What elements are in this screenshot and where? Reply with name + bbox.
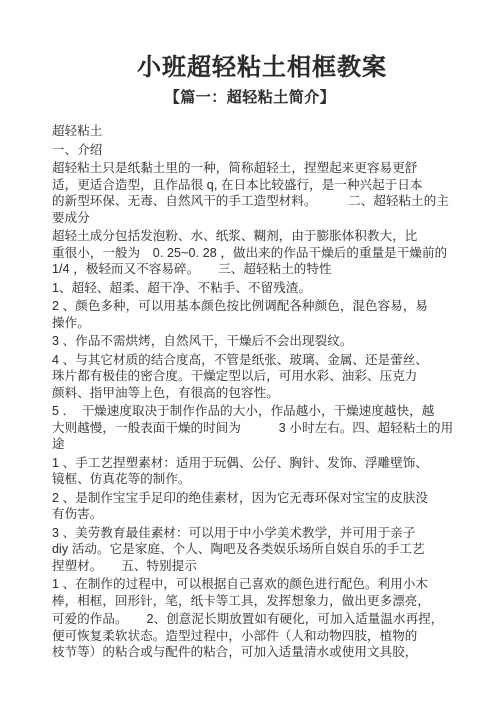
text-line: 可爱的作品。 2、创意泥长期放置如有硬化，可加入适量温水再捏，: [52, 611, 460, 628]
paragraph: 1 、手工艺捏塑素材：适用于玩偶、公仔、胸针、发饰、浮雕壁饰、镜框、仿真花等的制…: [52, 455, 460, 488]
text-line: 枝节等）的粘合或与配件的粘合，可加入适量清水或使用文具胶，: [52, 644, 460, 661]
text-line: 1 、手工艺捏塑素材：适用于玩偶、公仔、胸针、发饰、浮雕壁饰、: [52, 455, 460, 472]
text-line: 珠片都有极佳的密合度。干燥定型以后，可用水彩、油彩、压克力: [52, 368, 460, 385]
text-line: 颜料、指甲油等上色，有很高的包容性。: [52, 385, 460, 402]
text-line: 3 、作品不需烘烤，自然风干，干燥后不会出现裂纹。: [52, 333, 460, 350]
text-line: diy 活动。它是家庭、个人、陶吧及各类娱乐场所自娱自乐的手工艺: [52, 541, 460, 558]
paragraph: 5 ． 干燥速度取决于制作作品的大小，作品越小，干燥速度越快，越大则越慢，一般表…: [52, 403, 460, 453]
paragraph: 可爱的作品。 2、创意泥长期放置如有硬化，可加入适量温水再捏，便可恢复柔软状态。…: [52, 611, 460, 661]
text-line: 途: [52, 436, 460, 453]
text-line: 适，更适合造型，且作品很 q, 在日本比较盛行，是一种兴起于日本: [52, 177, 460, 194]
text-line: 便可恢复柔软状态。造型过程中，小部件（人和动物四肢，植物的: [52, 628, 460, 645]
text-line: 2 、颜色多种，可以用基本颜色按比例调配各种颜色，混色容易，易: [52, 298, 460, 315]
text-line: 超轻粘土: [52, 123, 460, 140]
text-line: 一、介绍: [52, 142, 460, 159]
paragraph: 2 、颜色多种，可以用基本颜色按比例调配各种颜色，混色容易，易操作。: [52, 298, 460, 331]
text-line: 1 、在制作的过程中，可以根据自己喜欢的颜色进行配色。利用小木: [52, 576, 460, 593]
text-line: 3 、美劳教育最佳素材：可以用于中小学美术教学，并可用于亲子: [52, 525, 460, 542]
text-line: 捏塑材。 五、特别提示: [52, 558, 460, 575]
paragraph: 1、超轻、超柔、超干净、不粘手、不留残渣。: [52, 280, 460, 297]
text-line: 操作。: [52, 315, 460, 332]
paragraph: 一、介绍: [52, 142, 460, 159]
text-line: 重很小，一般为 0. 25~0. 28 ，做出来的作品干燥后的重量是干燥前的: [52, 245, 460, 262]
text-line: 有伤害。: [52, 506, 460, 523]
paragraph: 3 、作品不需烘烤，自然风干，干燥后不会出现裂纹。: [52, 333, 460, 350]
text-line: 2 、是制作宝宝手足印的绝佳素材，因为它无毒环保对宝宝的皮肤没: [52, 490, 460, 507]
document-subtitle: 【篇一：超轻粘土简介】: [0, 88, 500, 108]
paragraph: 2 、是制作宝宝手足印的绝佳素材，因为它无毒环保对宝宝的皮肤没有伤害。: [52, 490, 460, 523]
paragraph: 超轻粘土只是纸黏土里的一种，简称超轻土，捏塑起来更容易更舒适，更适合造型，且作品…: [52, 160, 460, 226]
text-line: 5 ． 干燥速度取决于制作作品的大小，作品越小，干燥速度越快，越: [52, 403, 460, 420]
paragraph: 1 、在制作的过程中，可以根据自己喜欢的颜色进行配色。利用小木棒，相框，回形针，…: [52, 576, 460, 609]
text-line: 棒，相框，回形针，笔，纸卡等工具，发挥想象力，做出更多漂亮，: [52, 593, 460, 610]
text-line: 1、超轻、超柔、超干净、不粘手、不留残渣。: [52, 280, 460, 297]
paragraph: 超轻粘土: [52, 123, 460, 140]
text-line: 1/4 ，极轻而又不容易碎。 三、超轻粘土的特性: [52, 261, 460, 278]
text-line: 的新型环保、无毒、自然风干的手工造型材料。 二、超轻粘土的主: [52, 193, 460, 210]
document-title: 小班超轻粘土相框教案: [12, 0, 500, 84]
text-line: 超轻土成分包括发泡粉、水、纸浆、糊剂，由于膨胀体积教大，比: [52, 228, 460, 245]
document-page: 小班超轻粘土相框教案 【篇一：超轻粘土简介】 超轻粘土一、介绍超轻粘土只是纸黏土…: [0, 0, 500, 708]
text-line: 4 、与其它材质的结合度高，不管是纸张、玻璃、金属、还是蕾丝、: [52, 352, 460, 369]
document-body: 超轻粘土一、介绍超轻粘土只是纸黏土里的一种，简称超轻土，捏塑起来更容易更舒适，更…: [52, 123, 460, 661]
paragraph: 3 、美劳教育最佳素材：可以用于中小学美术教学，并可用于亲子diy 活动。它是家…: [52, 525, 460, 575]
paragraph: 超轻土成分包括发泡粉、水、纸浆、糊剂，由于膨胀体积教大，比重很小，一般为 0. …: [52, 228, 460, 278]
text-line: 镜框、仿真花等的制作。: [52, 471, 460, 488]
text-line: 大则越慢，一般表面干燥的时间为 3 小时左右。四、超轻粘土的用: [52, 420, 460, 437]
paragraph: 4 、与其它材质的结合度高，不管是纸张、玻璃、金属、还是蕾丝、珠片都有极佳的密合…: [52, 352, 460, 402]
text-line: 超轻粘土只是纸黏土里的一种，简称超轻土，捏塑起来更容易更舒: [52, 160, 460, 177]
text-line: 要成分: [52, 210, 460, 227]
